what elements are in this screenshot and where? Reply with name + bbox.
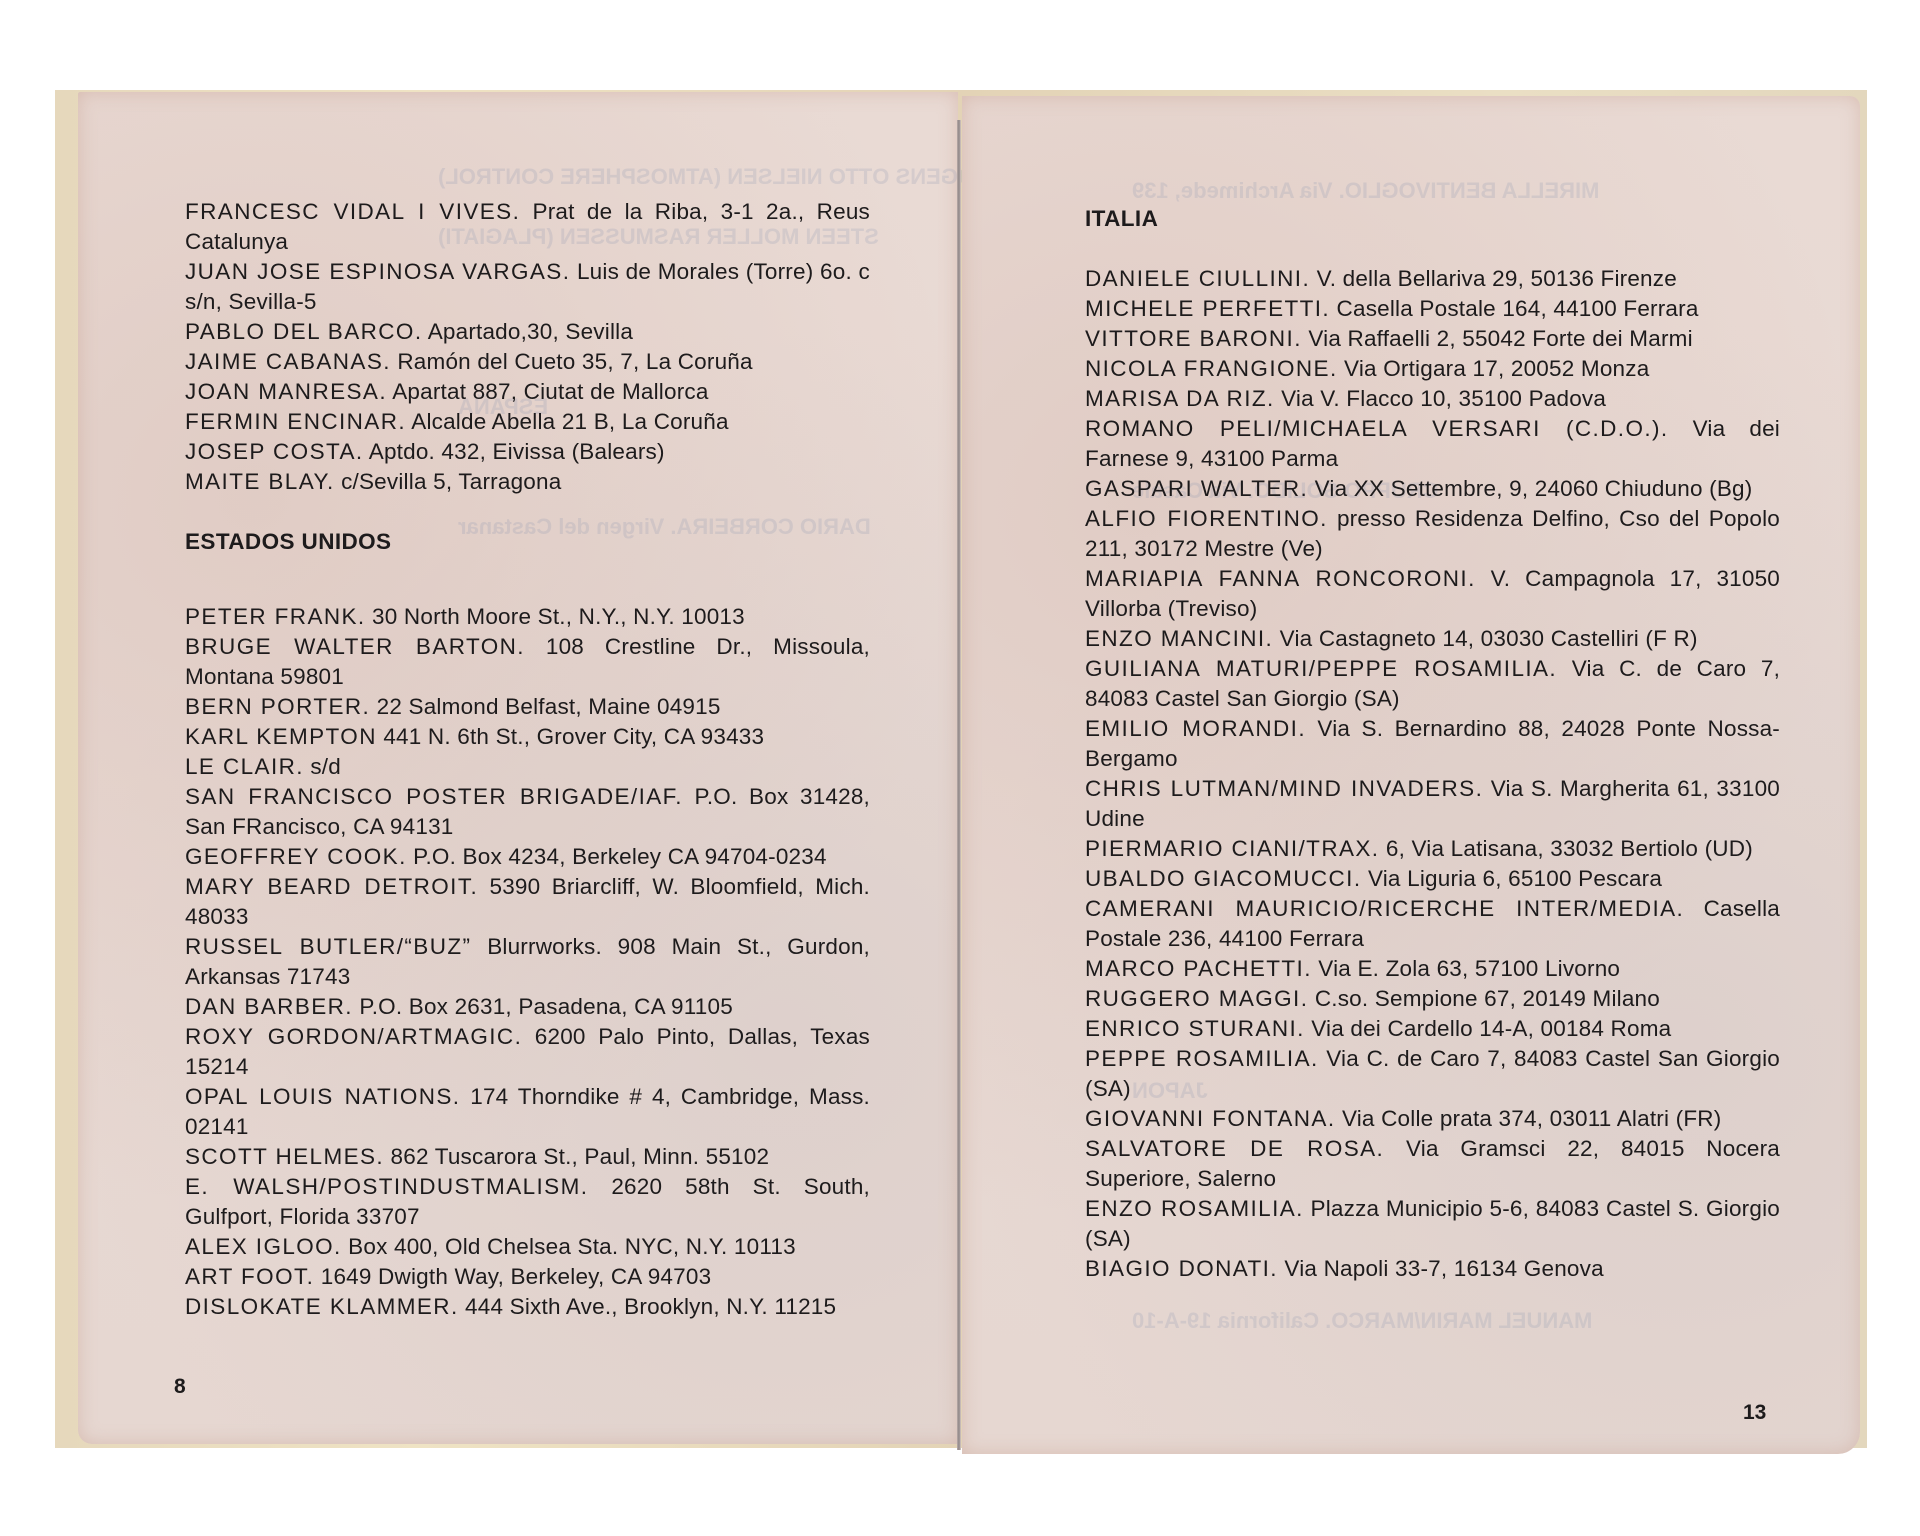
entry: BERN PORTER. 22 Salmond Belfast, Maine 0…	[185, 692, 870, 722]
right-text-column: ITALIA DANIELE CIULLINI. V. della Bellar…	[1085, 204, 1780, 1284]
entry: KARL KEMPTON 441 N. 6th St., Grover City…	[185, 722, 870, 752]
page-number: 8	[174, 1375, 186, 1399]
entry: RUSSEL BUTLER/“BUZ” Blurrworks. 908 Main…	[185, 932, 870, 992]
show-through-text: MOGENS OTTO NIELSEN (ATMOSPHERE CONTROL)	[438, 162, 993, 192]
show-through-text: MIRELLA BENTIVOGLIO. Via Archimede, 139	[1132, 176, 1599, 206]
entry: BRUGE WALTER BARTON. 108 Crestline Dr., …	[185, 632, 870, 692]
entry: JAIME CABANAS. Ramón del Cueto 35, 7, La…	[185, 347, 870, 377]
book-gutter	[957, 120, 961, 1450]
entry: FRANCESC VIDAL I VIVES. Prat de la Riba,…	[185, 197, 870, 257]
entry: PIERMARIO CIANI/TRAX. 6, Via Latisana, 3…	[1085, 834, 1780, 864]
entry: ALFIO FIORENTINO. presso Residenza Delfi…	[1085, 504, 1780, 564]
entry: MARIAPIA FANNA RONCORONI. V. Campagnola …	[1085, 564, 1780, 624]
entry: EMILIO MORANDI. Via S. Bernardino 88, 24…	[1085, 714, 1780, 774]
entry: UBALDO GIACOMUCCI. Via Liguria 6, 65100 …	[1085, 864, 1780, 894]
page-number: 13	[1743, 1401, 1766, 1425]
entry: GEOFFREY COOK. P.O. Box 4234, Berkeley C…	[185, 842, 870, 872]
entry: ART FOOT. 1649 Dwigth Way, Berkeley, CA …	[185, 1262, 870, 1292]
entry: MAITE BLAY. c/Sevilla 5, Tarragona	[185, 467, 870, 497]
entry: DAN BARBER. P.O. Box 2631, Pasadena, CA …	[185, 992, 870, 1022]
entry: MARISA DA RIZ. Via V. Flacco 10, 35100 P…	[1085, 384, 1780, 414]
entry: PETER FRANK. 30 North Moore St., N.Y., N…	[185, 602, 870, 632]
entry: ENRICO STURANI. Via dei Cardello 14-A, 0…	[1085, 1014, 1780, 1044]
entry: DANIELE CIULLINI. V. della Bellariva 29,…	[1085, 264, 1780, 294]
entry: BIAGIO DONATI. Via Napoli 33-7, 16134 Ge…	[1085, 1254, 1780, 1284]
entry: PABLO DEL BARCO. Apartado,30, Sevilla	[185, 317, 870, 347]
entry: JUAN JOSE ESPINOSA VARGAS. Luis de Moral…	[185, 257, 870, 317]
entry: ROMANO PELI/MICHAELA VERSARI (C.D.O.). V…	[1085, 414, 1780, 474]
entry: MARY BEARD DETROIT. 5390 Briarcliff, W. …	[185, 872, 870, 932]
entry: MICHELE PERFETTI. Casella Postale 164, 4…	[1085, 294, 1780, 324]
spacer	[185, 497, 870, 527]
entry: ALEX IGLOO. Box 400, Old Chelsea Sta. NY…	[185, 1232, 870, 1262]
entry: SAN FRANCISCO POSTER BRIGADE/IAF. P.O. B…	[185, 782, 870, 842]
spacer	[1085, 234, 1780, 264]
entry: FERMIN ENCINAR. Alcalde Abella 21 B, La …	[185, 407, 870, 437]
entry: E. WALSH/POSTINDUSTMALISM. 2620 58th St.…	[185, 1172, 870, 1232]
entry: GUILIANA MATURI/PEPPE ROSAMILIA. Via C. …	[1085, 654, 1780, 714]
entry: RUGGERO MAGGI. C.so. Sempione 67, 20149 …	[1085, 984, 1780, 1014]
entry: OPAL LOUIS NATIONS. 174 Thorndike # 4, C…	[185, 1082, 870, 1142]
entry: LE CLAIR. s/d	[185, 752, 870, 782]
entry: CAMERANI MAURICIO/RICERCHE INTER/MEDIA. …	[1085, 894, 1780, 954]
left-text-column: FRANCESC VIDAL I VIVES. Prat de la Riba,…	[185, 197, 870, 1322]
entry: GASPARI WALTER. Via XX Settembre, 9, 240…	[1085, 474, 1780, 504]
entry: DISLOKATE KLAMMER. 444 Sixth Ave., Brook…	[185, 1292, 870, 1322]
section-heading-italia: ITALIA	[1085, 204, 1780, 234]
entry: JOSEP COSTA. Aptdo. 432, Eivissa (Balear…	[185, 437, 870, 467]
entry: ENZO MANCINI. Via Castagneto 14, 03030 C…	[1085, 624, 1780, 654]
entry: ENZO ROSAMILIA. Plazza Municipio 5-6, 84…	[1085, 1194, 1780, 1254]
spacer	[185, 557, 870, 602]
section-heading-estados-unidos: ESTADOS UNIDOS	[185, 527, 870, 557]
entry: VITTORE BARONI. Via Raffaelli 2, 55042 F…	[1085, 324, 1780, 354]
entry: CHRIS LUTMAN/MIND INVADERS. Via S. Margh…	[1085, 774, 1780, 834]
entry: SALVATORE DE ROSA. Via Gramsci 22, 84015…	[1085, 1134, 1780, 1194]
entry: PEPPE ROSAMILIA. Via C. de Caro 7, 84083…	[1085, 1044, 1780, 1104]
entry: JOAN MANRESA. Apartat 887, Ciutat de Mal…	[185, 377, 870, 407]
entry: SCOTT HELMES. 862 Tuscarora St., Paul, M…	[185, 1142, 870, 1172]
entry: NICOLA FRANGIONE. Via Ortigara 17, 20052…	[1085, 354, 1780, 384]
show-through-text: MANUEL MARIN/MARCO. California 19-A-10	[1132, 1306, 1592, 1336]
entry: ROXY GORDON/ARTMAGIC. 6200 Palo Pinto, D…	[185, 1022, 870, 1082]
entry: MARCO PACHETTI. Via E. Zola 63, 57100 Li…	[1085, 954, 1780, 984]
entry: GIOVANNI FONTANA. Via Colle prata 374, 0…	[1085, 1104, 1780, 1134]
left-page: MOGENS OTTO NIELSEN (ATMOSPHERE CONTROL)…	[78, 92, 958, 1444]
right-page: MIRELLA BENTIVOGLIO. Via Archimede, 139 …	[962, 96, 1860, 1454]
